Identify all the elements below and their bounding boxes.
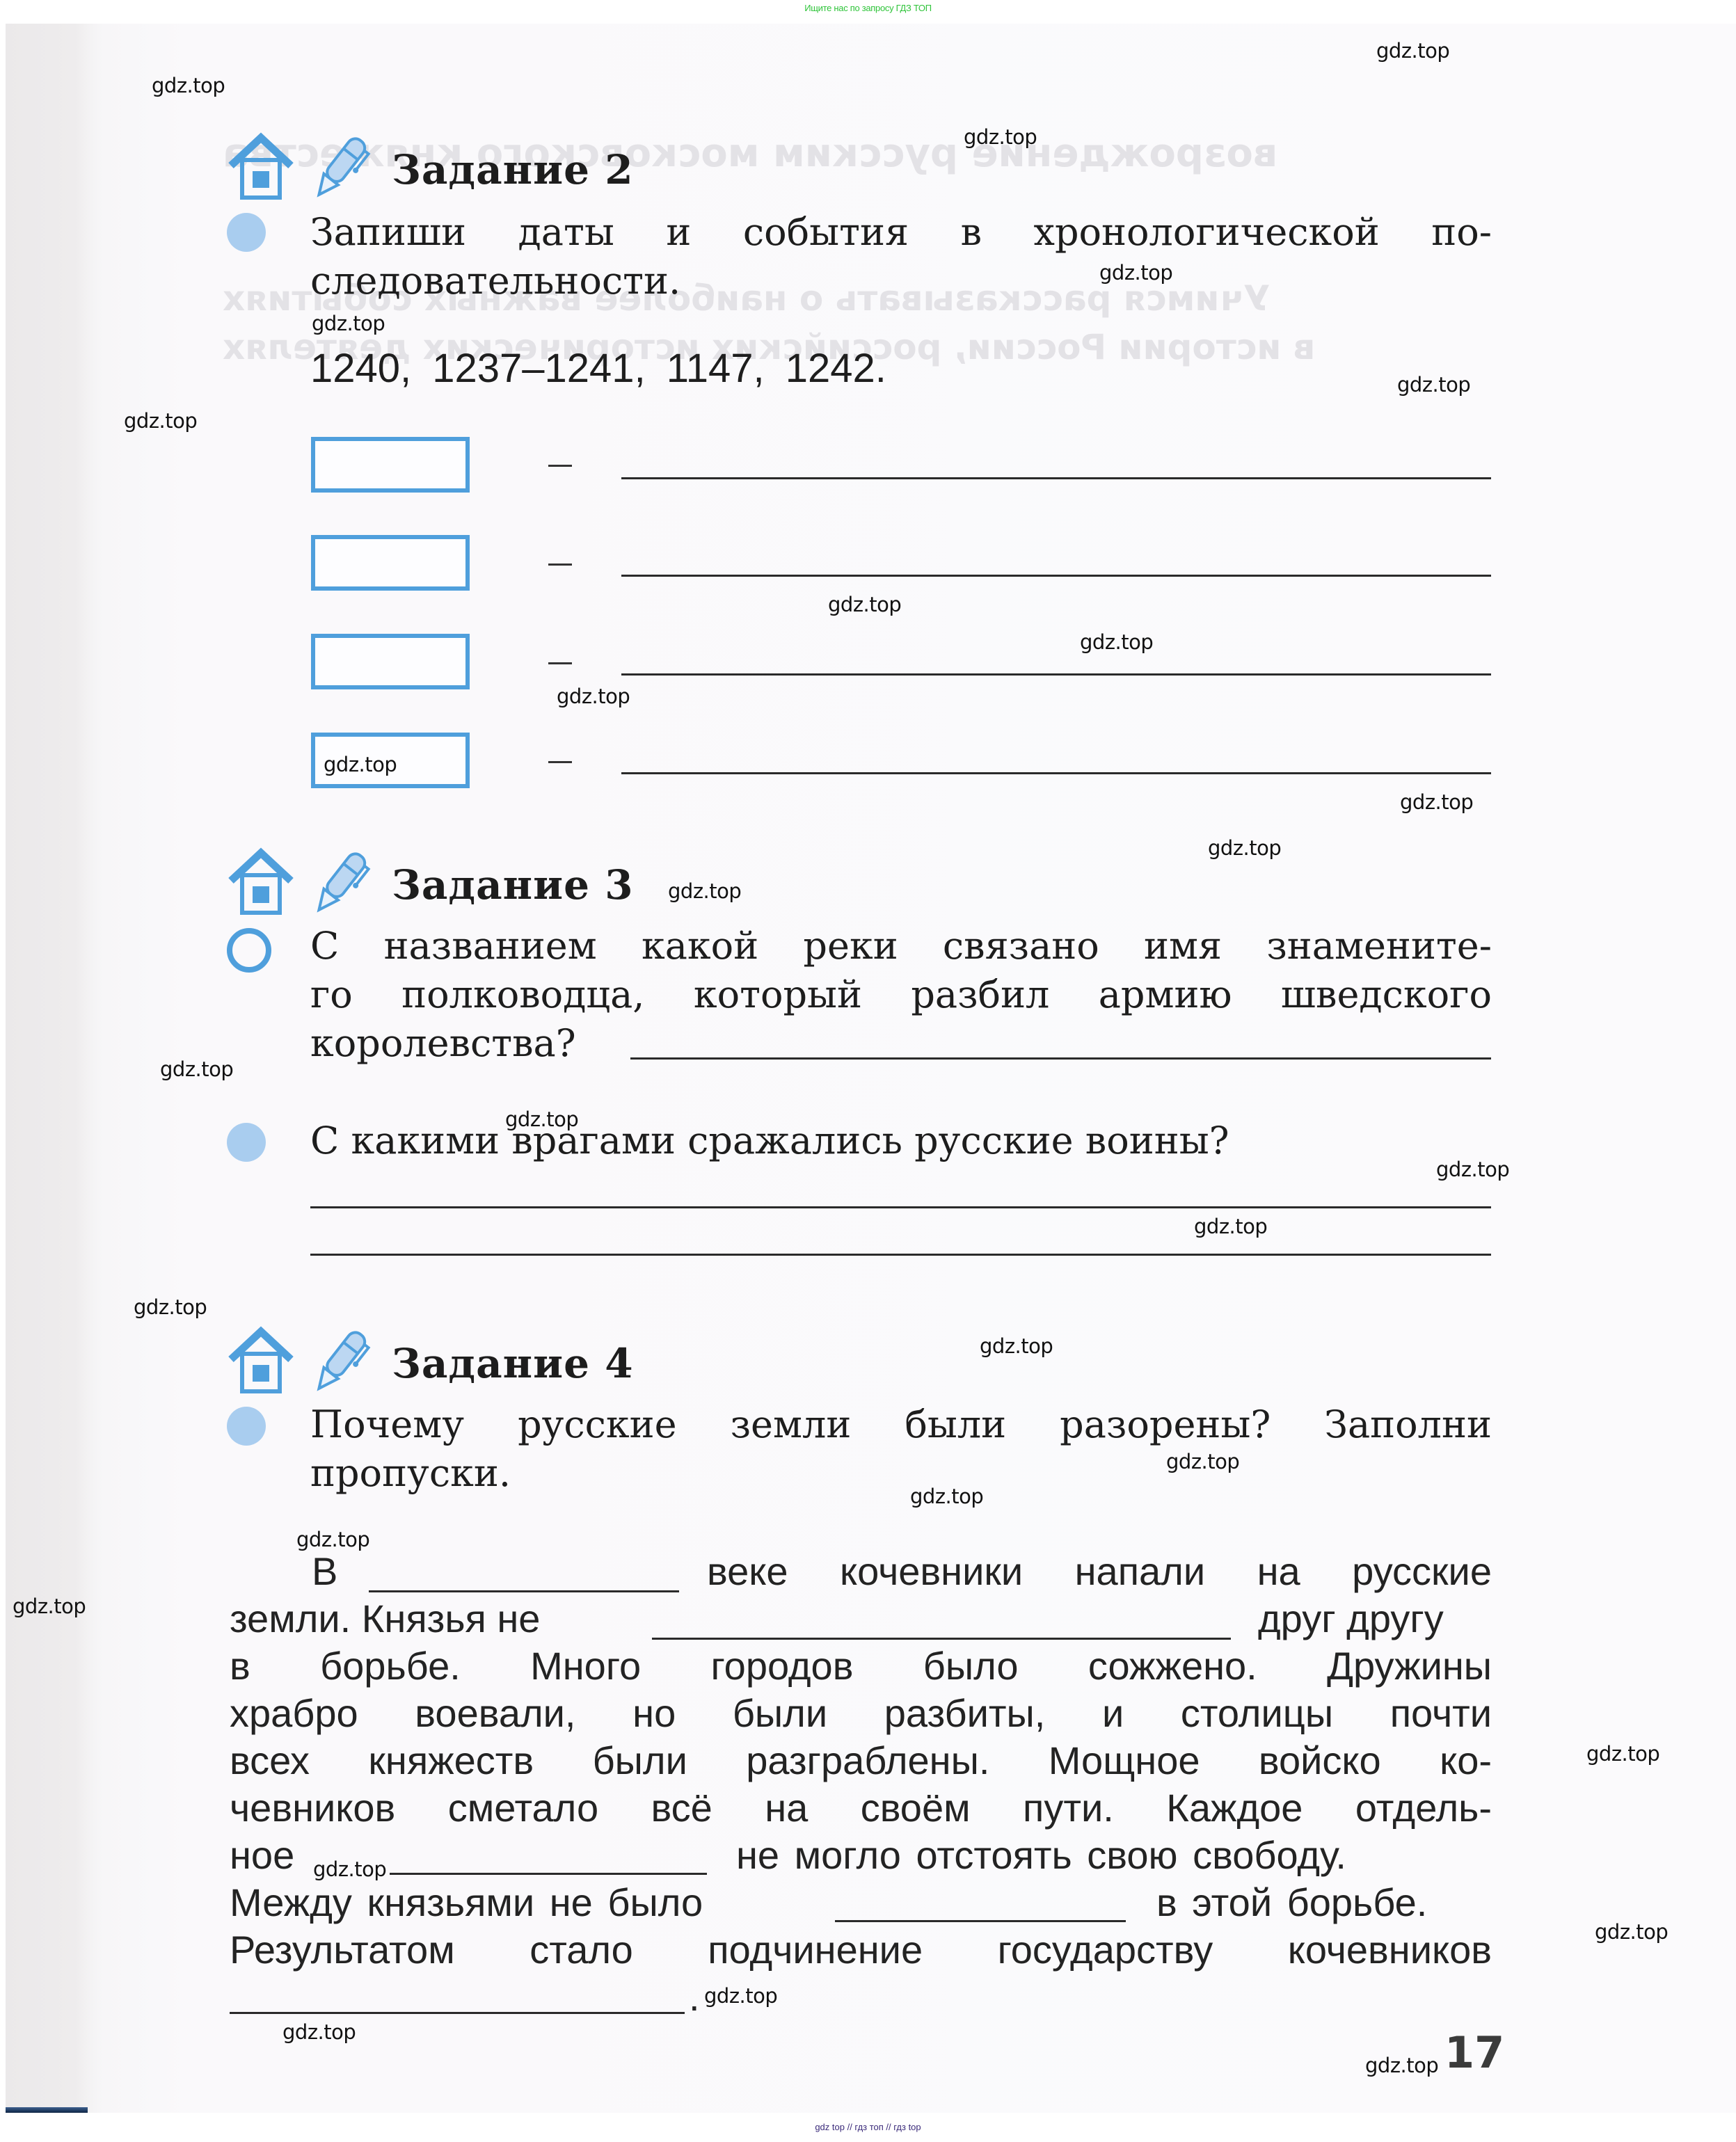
bullet-dot-icon (227, 213, 266, 252)
pen-icon (308, 132, 372, 205)
paragraph-word: ное (230, 1832, 294, 1878)
date-input-box[interactable] (311, 634, 470, 689)
bullet-ring-icon (227, 928, 271, 973)
paragraph-period: . (689, 1974, 700, 2020)
event-answer-line[interactable] (621, 772, 1491, 774)
unity-blank[interactable] (835, 1920, 1126, 1922)
watermark-text: gdz.top (557, 685, 630, 708)
paragraph-line: всех княжеств были разграблены. Мощное в… (230, 1738, 1492, 1783)
watermark-text: gdz.top (1397, 373, 1470, 397)
homework-house-icon (227, 132, 295, 200)
watermark-text: gdz.top (704, 1984, 777, 2008)
watermark-text: gdz.top (160, 1057, 233, 1081)
river-answer-line[interactable] (630, 1057, 1491, 1060)
paragraph-line: в этой борьбе. (1156, 1880, 1427, 1925)
enemies-answer-line[interactable] (310, 1206, 1491, 1208)
task-4-instruction: Почему русские земли были разорены? Запо… (310, 1402, 1492, 1446)
paragraph-line: друг другу (1258, 1596, 1444, 1641)
event-answer-line[interactable] (621, 477, 1491, 479)
watermark-text: gdz.top (1376, 39, 1449, 63)
task-3-title: Задание 3 (392, 861, 634, 909)
century-blank[interactable] (369, 1590, 679, 1592)
watermark-text: gdz.top (1099, 261, 1172, 285)
watermark-text: gdz.top (668, 879, 741, 903)
watermark-text: gdz.top (134, 1295, 207, 1319)
page-number: 17 (1444, 2027, 1504, 2078)
task-4-title: Задание 4 (392, 1340, 634, 1387)
task-3-question-1-end: королевства? (310, 1021, 576, 1065)
paragraph-line: в борьбе. Много городов было сожжено. Др… (230, 1643, 1492, 1688)
watermark-text: gdz.top (282, 2020, 356, 2044)
task-4-instruction-cont: пропуски. (310, 1451, 511, 1495)
task-3-question-1-cont: го полководца, который разбил армию швед… (310, 973, 1492, 1016)
principality-blank[interactable] (390, 1873, 707, 1875)
watermark-text: gdz.top (1208, 836, 1281, 860)
bullet-dot-icon (227, 1123, 266, 1162)
paragraph-line: веке кочевники напали на русские (707, 1549, 1492, 1594)
paragraph-line: Результатом стало подчинение государству… (230, 1927, 1492, 1972)
watermark-text: gdz.top (1365, 2054, 1438, 2077)
paragraph-line: Между князьями не было (230, 1880, 703, 1925)
event-answer-line[interactable] (621, 575, 1491, 577)
event-answer-line[interactable] (621, 673, 1491, 676)
enemies-answer-line[interactable] (310, 1254, 1491, 1256)
watermark-text: gdz.top (312, 312, 385, 335)
task-3-question-2: С какими врагами сражались русские воины… (310, 1119, 1229, 1162)
task-2-title: Задание 2 (392, 146, 634, 193)
top-banner: Ищите нас по запросу ГДЗ ТОП (0, 3, 1736, 13)
watermark-text: gdz.top (828, 593, 901, 616)
watermark-text: gdz.top (1400, 790, 1473, 814)
dash (548, 465, 572, 467)
watermark-text: gdz.top (1436, 1158, 1509, 1181)
watermark-text: gdz.top (13, 1594, 86, 1618)
homework-house-icon (227, 847, 295, 916)
help-blank[interactable] (652, 1638, 1231, 1640)
paragraph-line: храбро воевали, но были разбиты, и столи… (230, 1691, 1492, 1736)
book-binding (6, 2107, 88, 2113)
task-3-question-1: С названием какой реки связано имя знаме… (310, 924, 1492, 968)
watermark-text: gdz.top (980, 1334, 1053, 1358)
task-2-instruction-cont: следовательности. (310, 259, 680, 303)
watermark-text: gdz.top (1595, 1920, 1668, 1944)
dash (548, 761, 572, 763)
watermark-text: gdz.top (324, 753, 397, 776)
watermark-text: gdz.top (964, 125, 1037, 149)
date-input-box[interactable] (311, 437, 470, 493)
task-2-instruction: Запиши даты и события в хронологической … (310, 210, 1492, 254)
watermark-text: gdz.top (910, 1485, 983, 1508)
watermark-text: gdz.top (1166, 1450, 1239, 1473)
paragraph-line: не могло отстоять свою свободу. (736, 1832, 1346, 1878)
bullet-dot-icon (227, 1407, 266, 1446)
paragraph-word: В (312, 1549, 337, 1594)
horde-blank[interactable] (230, 2012, 685, 2014)
date-input-box[interactable] (311, 535, 470, 591)
paragraph-line: чевников сметало всё на своём пути. Кажд… (230, 1785, 1492, 1830)
watermark-text: gdz.top (1194, 1215, 1267, 1238)
task-2-dates: 1240, 1237–1241, 1147, 1242. (310, 345, 886, 392)
watermark-text: gdz.top (152, 74, 225, 97)
pen-icon (308, 1326, 372, 1398)
homework-house-icon (227, 1326, 295, 1394)
watermark-text: gdz.top (124, 409, 197, 433)
dash (548, 662, 572, 664)
watermark-text: gdz.top (313, 1857, 386, 1881)
paragraph-line: земли. Князья не (230, 1596, 540, 1641)
bottom-banner: gdz top // гдз топ // гдз top (0, 2122, 1736, 2132)
watermark-text: gdz.top (1586, 1742, 1659, 1766)
watermark-text: gdz.top (505, 1108, 578, 1131)
watermark-text: gdz.top (1080, 630, 1153, 654)
pen-icon (308, 847, 372, 920)
dash (548, 564, 572, 566)
watermark-text: gdz.top (296, 1528, 369, 1551)
